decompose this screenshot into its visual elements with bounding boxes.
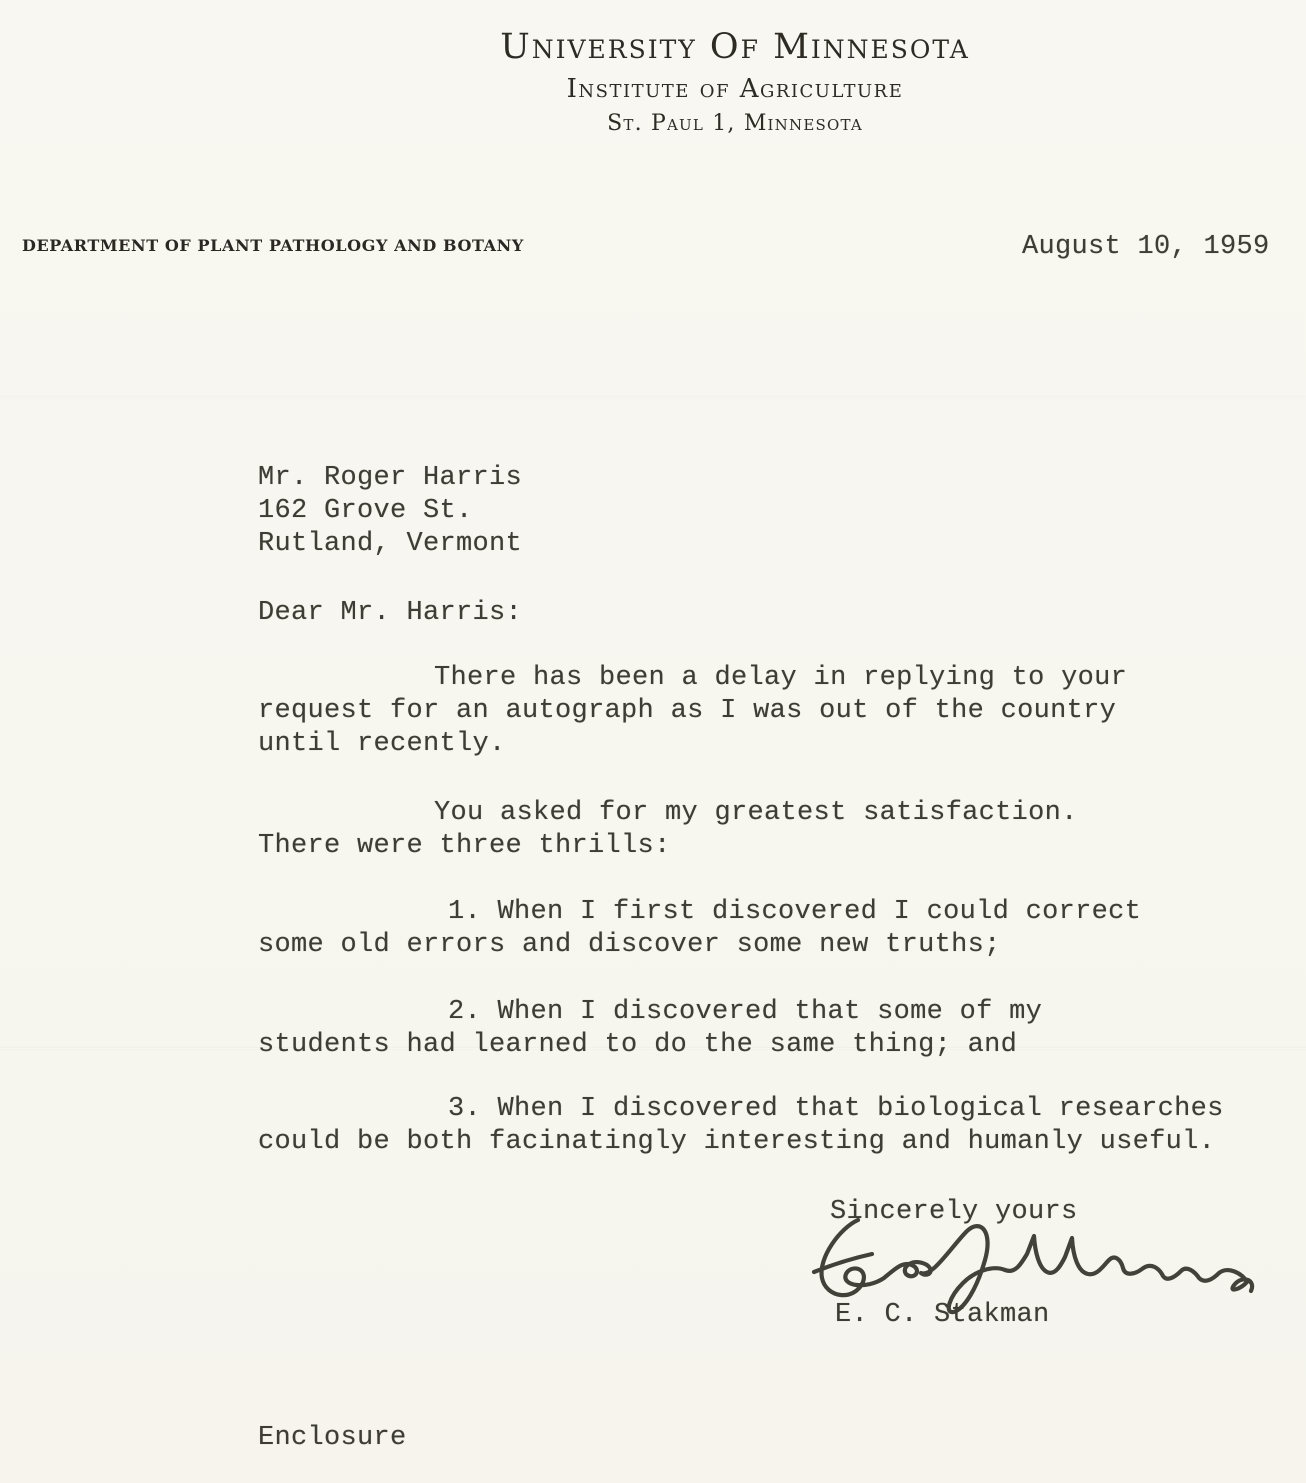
letter-date: August 10, 1959 <box>1022 231 1270 264</box>
enclosure-note: Enclosure <box>258 1422 407 1455</box>
letter-document: University of Minnesota Institute of Agr… <box>0 0 1306 1483</box>
body-paragraph-2: You asked for my greatest satisfaction. … <box>258 797 1078 863</box>
recipient-address-block: Mr. Roger Harris 162 Grove St. Rutland, … <box>258 462 522 561</box>
letterhead: University of Minnesota Institute of Agr… <box>400 24 1070 140</box>
department-line: DEPARTMENT OF PLANT PATHOLOGY AND BOTANY <box>22 236 524 255</box>
paper-fold-crease <box>0 396 1306 399</box>
body-list-item-3: 3. When I discovered that biological res… <box>258 1093 1224 1159</box>
typed-signature-name: E. C. Stakman <box>835 1299 1050 1332</box>
body-paragraph-1: There has been a delay in replying to yo… <box>258 662 1127 761</box>
salutation: Dear Mr. Harris: <box>258 597 522 630</box>
letterhead-institute-name: Institute of Agriculture <box>400 70 1070 108</box>
body-list-item-2: 2. When I discovered that some of my stu… <box>258 996 1042 1062</box>
letterhead-city-line: St. Paul 1, Minnesota <box>400 108 1070 140</box>
body-list-item-1: 1. When I first discovered I could corre… <box>258 896 1141 962</box>
letterhead-university-name: University of Minnesota <box>400 24 1070 70</box>
